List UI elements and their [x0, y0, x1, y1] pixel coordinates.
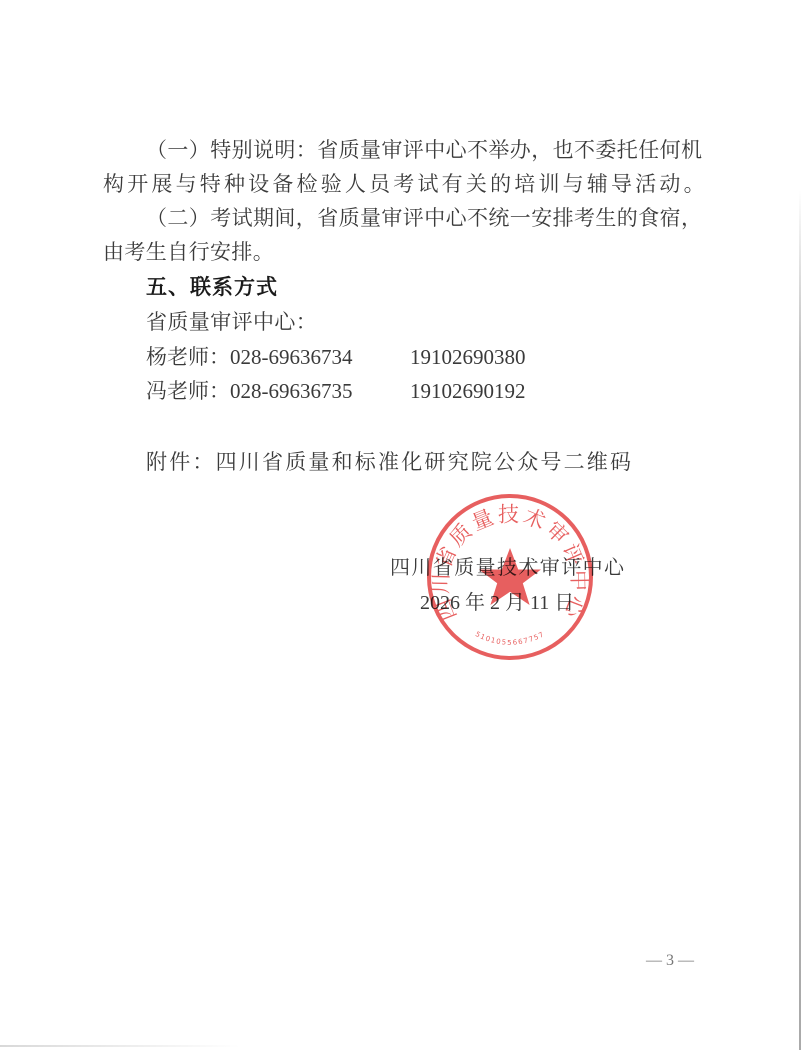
scan-edge-artifact	[0, 1045, 240, 1047]
svg-text:5101055667757: 5101055667757	[474, 630, 546, 647]
document-page: （一）特别说明：省质量审评中心不举办，也不委托任何机 构开展与特种设备检验人员考…	[0, 0, 810, 1050]
contact-telephone: 028-69636734	[230, 345, 380, 369]
contact-telephone: 028-69636735	[230, 379, 380, 403]
contact-row-yang: 杨老师： 028-69636734 19102690380	[146, 345, 748, 369]
contact-row-feng: 冯老师： 028-69636735 19102690192	[146, 379, 748, 403]
official-seal-icon: 四川省质量技术审评中心 5101055667757	[425, 492, 595, 662]
contact-name: 杨老师：	[146, 345, 230, 369]
paragraph-accommodation-note-line-1: （二）考试期间，省质量审评中心不统一安排考生的食宿，	[146, 206, 748, 230]
seal-code: 5101055667757	[474, 630, 546, 647]
contact-org-label: 省质量审评中心：	[146, 310, 748, 334]
contact-name: 冯老师：	[146, 379, 230, 403]
attachment-line: 附件：四川省质量和标准化研究院公众号二维码	[146, 450, 748, 474]
paragraph-special-note-line-2: 构开展与特种设备检验人员考试有关的培训与辅导活动。	[103, 172, 705, 196]
page-number: — 3 —	[638, 952, 702, 970]
contact-mobile: 19102690380	[410, 345, 526, 369]
contact-mobile: 19102690192	[410, 379, 526, 403]
paragraph-special-note-line-1: （一）特别说明：省质量审评中心不举办，也不委托任何机	[146, 138, 748, 162]
paragraph-accommodation-note-line-2: 由考生自行安排。	[103, 240, 705, 264]
section-heading-contact: 五、联系方式	[146, 275, 748, 299]
scan-edge-artifact	[799, 190, 801, 1050]
